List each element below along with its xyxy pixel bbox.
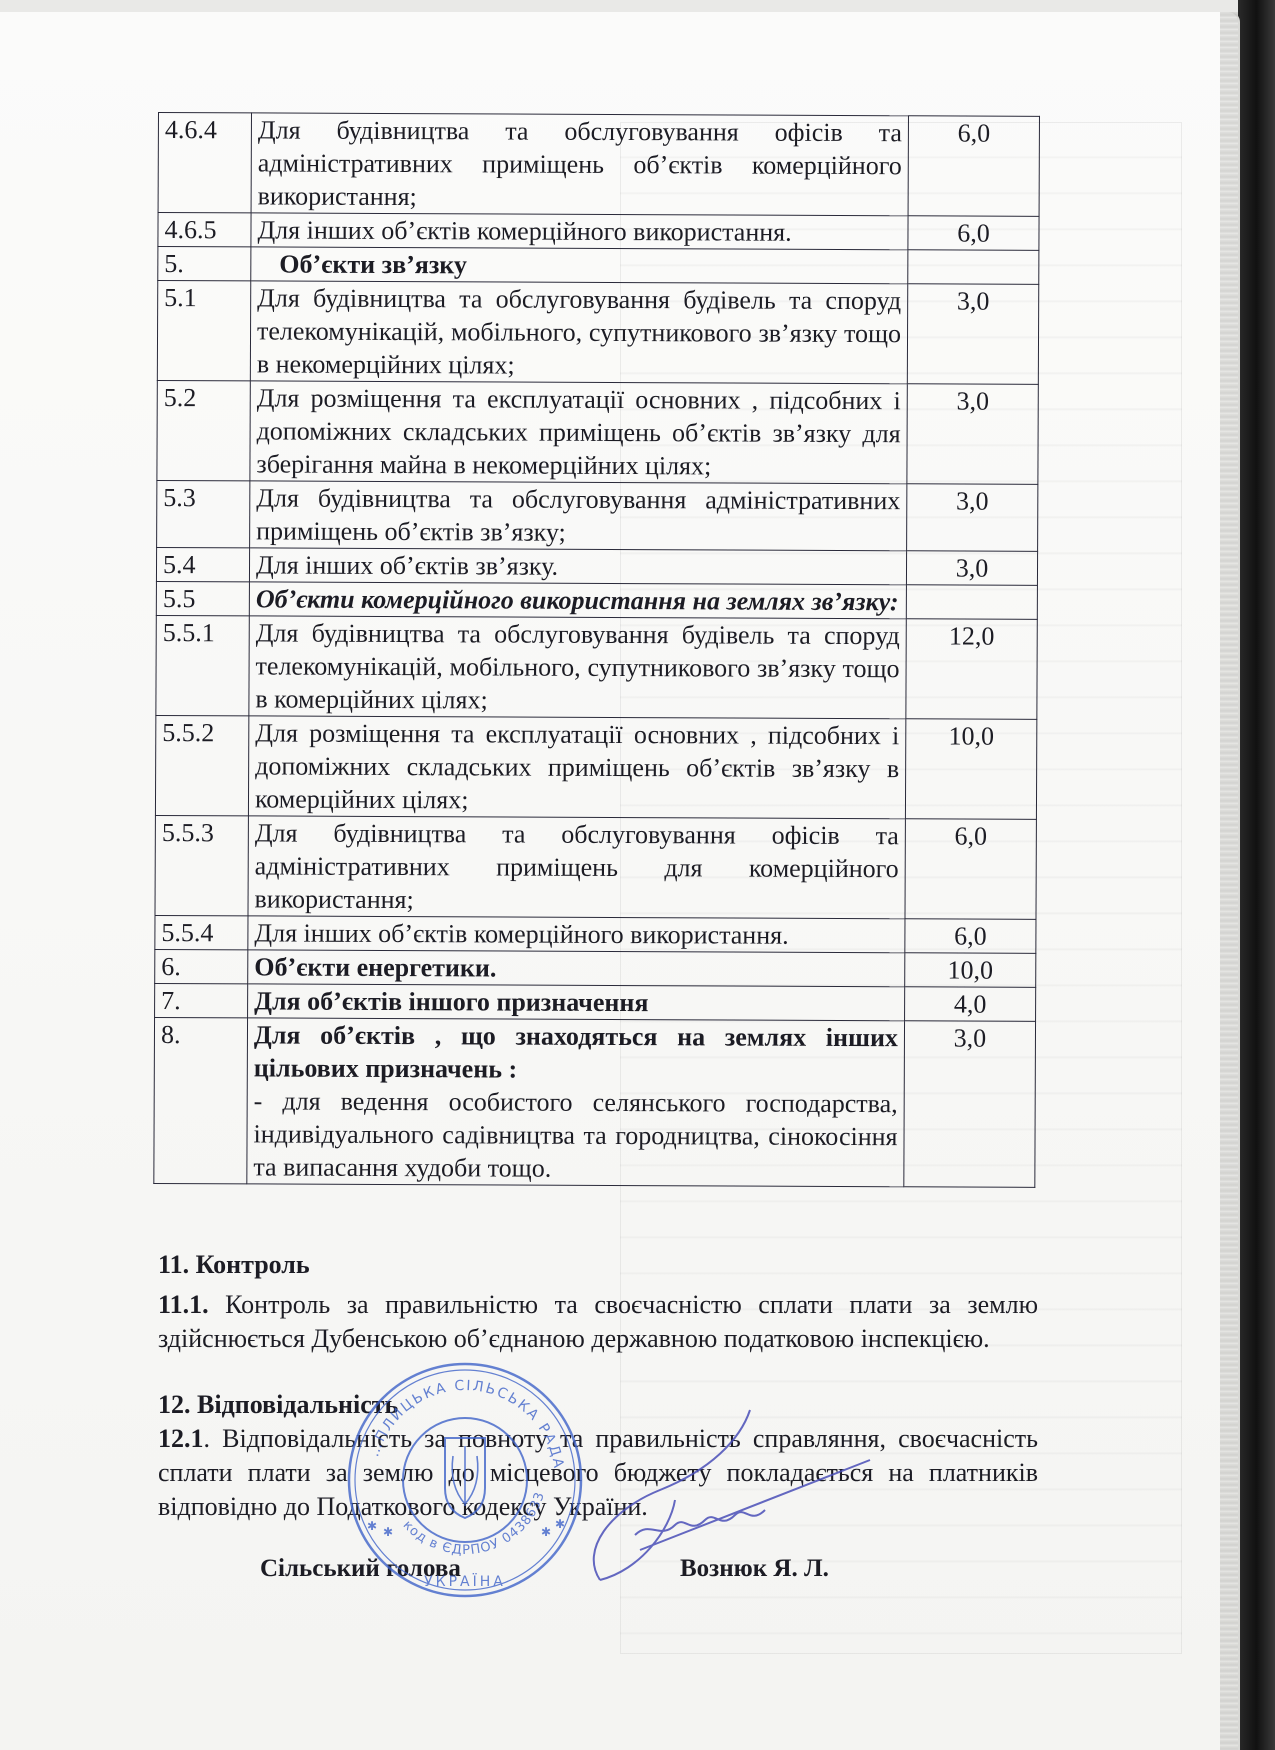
row-description-text: Для інших об’єктів комерційного використ…: [254, 918, 788, 949]
row-rate-value: 12,0: [906, 619, 1037, 720]
official-stamp-icon: …ПЛИЦЬКА СІЛЬСЬКА РАДА код в ЄДРПОУ 0438…: [345, 1360, 585, 1600]
row-description-text: Для інших об’єктів комерційного використ…: [257, 215, 791, 246]
row-code: 5.: [158, 247, 251, 281]
table-row: 5.3Для будівництва та обслуговування адм…: [157, 480, 1038, 551]
table-row: 5.5Об’єкти комерційного використання на …: [156, 581, 1037, 619]
row-rate-value: 6,0: [908, 216, 1039, 251]
row-description-text: Для інших об’єктів зв’язку.: [256, 550, 558, 580]
row-description-text: Для розміщення та експлуатації основних …: [255, 718, 899, 814]
svg-text:…ПЛИЦЬКА СІЛЬСЬКА РАДА: …ПЛИЦЬКА СІЛЬСЬКА РАДА: [366, 1378, 566, 1471]
row-code: 4.6.5: [158, 213, 251, 247]
page-edge-shadow: [1220, 12, 1238, 1750]
row-description: Об’єкти енергетики.: [248, 950, 905, 987]
row-code: 5.4: [156, 547, 249, 581]
table-row: 4.6.5Для інших об’єктів комерційного вик…: [158, 213, 1039, 251]
row-description: Для будівництва та обслуговування офісів…: [248, 816, 905, 919]
handwritten-signature-icon: [580, 1400, 880, 1600]
table-row: 5.4Для інших об’єктів зв’язку.3,0: [156, 547, 1037, 585]
row-description-text: Об’єкти комерційного використання на зем…: [256, 584, 899, 616]
table-row: 5.5.1Для будівництва та обслуговування б…: [156, 615, 1037, 719]
stamp-top-text: …ПЛИЦЬКА СІЛЬСЬКА РАДА: [366, 1378, 566, 1471]
row-description-text: Для об’єктів іншого призначення: [254, 986, 648, 1017]
table-row: 5.1Для будівництва та обслуговування буд…: [157, 281, 1038, 385]
row-description-text: Для будівництва та обслуговування будіве…: [255, 618, 899, 714]
row-code: 5.2: [157, 380, 250, 480]
row-description-text: Для будівництва та обслуговування офісів…: [258, 115, 902, 211]
row-description-heading: Для об’єктів , що знаходяться на землях …: [254, 1018, 898, 1087]
row-description-text: Для будівництва та обслуговування адміні…: [256, 483, 900, 546]
row-description: Для інших об’єктів комерційного використ…: [251, 213, 908, 250]
section-11-paragraph: 11.1. Контроль за правильністю та своєча…: [158, 1288, 1038, 1356]
row-code: 4.6.4: [158, 113, 251, 213]
table-row: 8.Для об’єктів , що знаходяться на земля…: [154, 1017, 1036, 1187]
table-row: 5.Об’єкти зв’язку: [158, 247, 1039, 285]
row-code: 7.: [155, 983, 248, 1017]
row-rate-value: 6,0: [905, 819, 1036, 920]
table-row: 4.6.4Для будівництва та обслуговування о…: [158, 113, 1039, 217]
row-description-detail: - для ведення особистого селянського гос…: [253, 1084, 897, 1186]
row-rate-value: 3,0: [907, 284, 1038, 385]
row-rate-value: 4,0: [905, 987, 1036, 1022]
row-description: Для будівництва та обслуговування офісів…: [251, 113, 908, 216]
row-description: Для інших об’єктів комерційного використ…: [248, 916, 905, 953]
row-rate-value: 3,0: [906, 551, 1037, 586]
section-11-1-number: 11.1.: [158, 1290, 209, 1319]
row-rate-value: 3,0: [907, 484, 1038, 552]
section-11-1-text: Контроль за правильністю та своєчасністю…: [158, 1290, 1038, 1353]
row-rate-value: [908, 250, 1039, 285]
row-description: Для розміщення та експлуатації основних …: [248, 716, 905, 819]
table-row: 5.5.4Для інших об’єктів комерційного вик…: [155, 915, 1036, 953]
row-description: Для будівництва та обслуговування будіве…: [250, 281, 907, 384]
section-12-1-number: 12.1: [158, 1424, 204, 1453]
row-description-text: Для будівництва та обслуговування офісів…: [255, 818, 899, 914]
row-description: Об’єкти комерційного використання на зем…: [249, 582, 906, 619]
svg-text:✱: ✱: [383, 1525, 393, 1539]
row-description: Об’єкти зв’язку: [251, 247, 908, 284]
row-rate-value: 3,0: [904, 1021, 1036, 1188]
stamp-country: УКРАЇНА: [424, 1572, 506, 1590]
table-row: 5.5.2Для розміщення та експлуатації осно…: [155, 715, 1036, 819]
section-11-heading: 11. Контроль: [158, 1248, 1038, 1282]
row-code: 5.5.3: [155, 815, 248, 915]
row-rate-value: 10,0: [905, 953, 1036, 988]
row-rate-value: [906, 585, 1037, 620]
row-code: 5.3: [157, 480, 250, 547]
svg-text:✱: ✱: [555, 1517, 565, 1531]
row-code: 5.5.2: [155, 715, 248, 815]
row-description-text: Об’єкти енергетики.: [254, 952, 496, 982]
svg-text:✱: ✱: [367, 1519, 377, 1533]
row-description: Для об’єктів іншого призначення: [248, 984, 905, 1021]
row-code: 5.5: [156, 581, 249, 615]
row-description-text: Об’єкти зв’язку: [257, 247, 467, 281]
scanner-edge: [1238, 0, 1275, 1750]
row-rate-value: 6,0: [908, 116, 1039, 217]
table-row: 5.5.3Для будівництва та обслуговування о…: [155, 815, 1036, 919]
row-code: 6.: [155, 949, 248, 983]
row-rate-value: 6,0: [905, 919, 1036, 954]
row-code: 5.5.1: [156, 615, 249, 715]
row-description: Для об’єктів , що знаходяться на землях …: [247, 1018, 905, 1187]
table-row: 5.2Для розміщення та експлуатації основн…: [157, 380, 1038, 484]
row-description-text: Для будівництва та обслуговування будіве…: [257, 283, 901, 379]
row-description: Для інших об’єктів зв’язку.: [249, 548, 906, 585]
table-row: 7.Для об’єктів іншого призначення4,0: [155, 983, 1036, 1021]
row-rate-value: 3,0: [907, 384, 1038, 485]
table-row: 6.Об’єкти енергетики.10,0: [155, 949, 1036, 987]
row-rate-value: 10,0: [905, 719, 1036, 820]
row-description: Для будівництва та обслуговування адміні…: [250, 481, 907, 551]
row-description: Для розміщення та експлуатації основних …: [250, 381, 907, 484]
row-description: Для будівництва та обслуговування будіве…: [249, 616, 906, 719]
row-code: 5.5.4: [155, 915, 248, 949]
row-code: 8.: [154, 1017, 248, 1183]
land-tax-rates-table: 4.6.4Для будівництва та обслуговування о…: [153, 112, 1040, 1188]
svg-text:✱: ✱: [541, 1525, 551, 1539]
row-description-text: Для розміщення та експлуатації основних …: [256, 383, 900, 480]
row-code: 5.1: [157, 281, 250, 381]
section-11: 11. Контроль 11.1. Контроль за правильні…: [158, 1248, 1038, 1356]
